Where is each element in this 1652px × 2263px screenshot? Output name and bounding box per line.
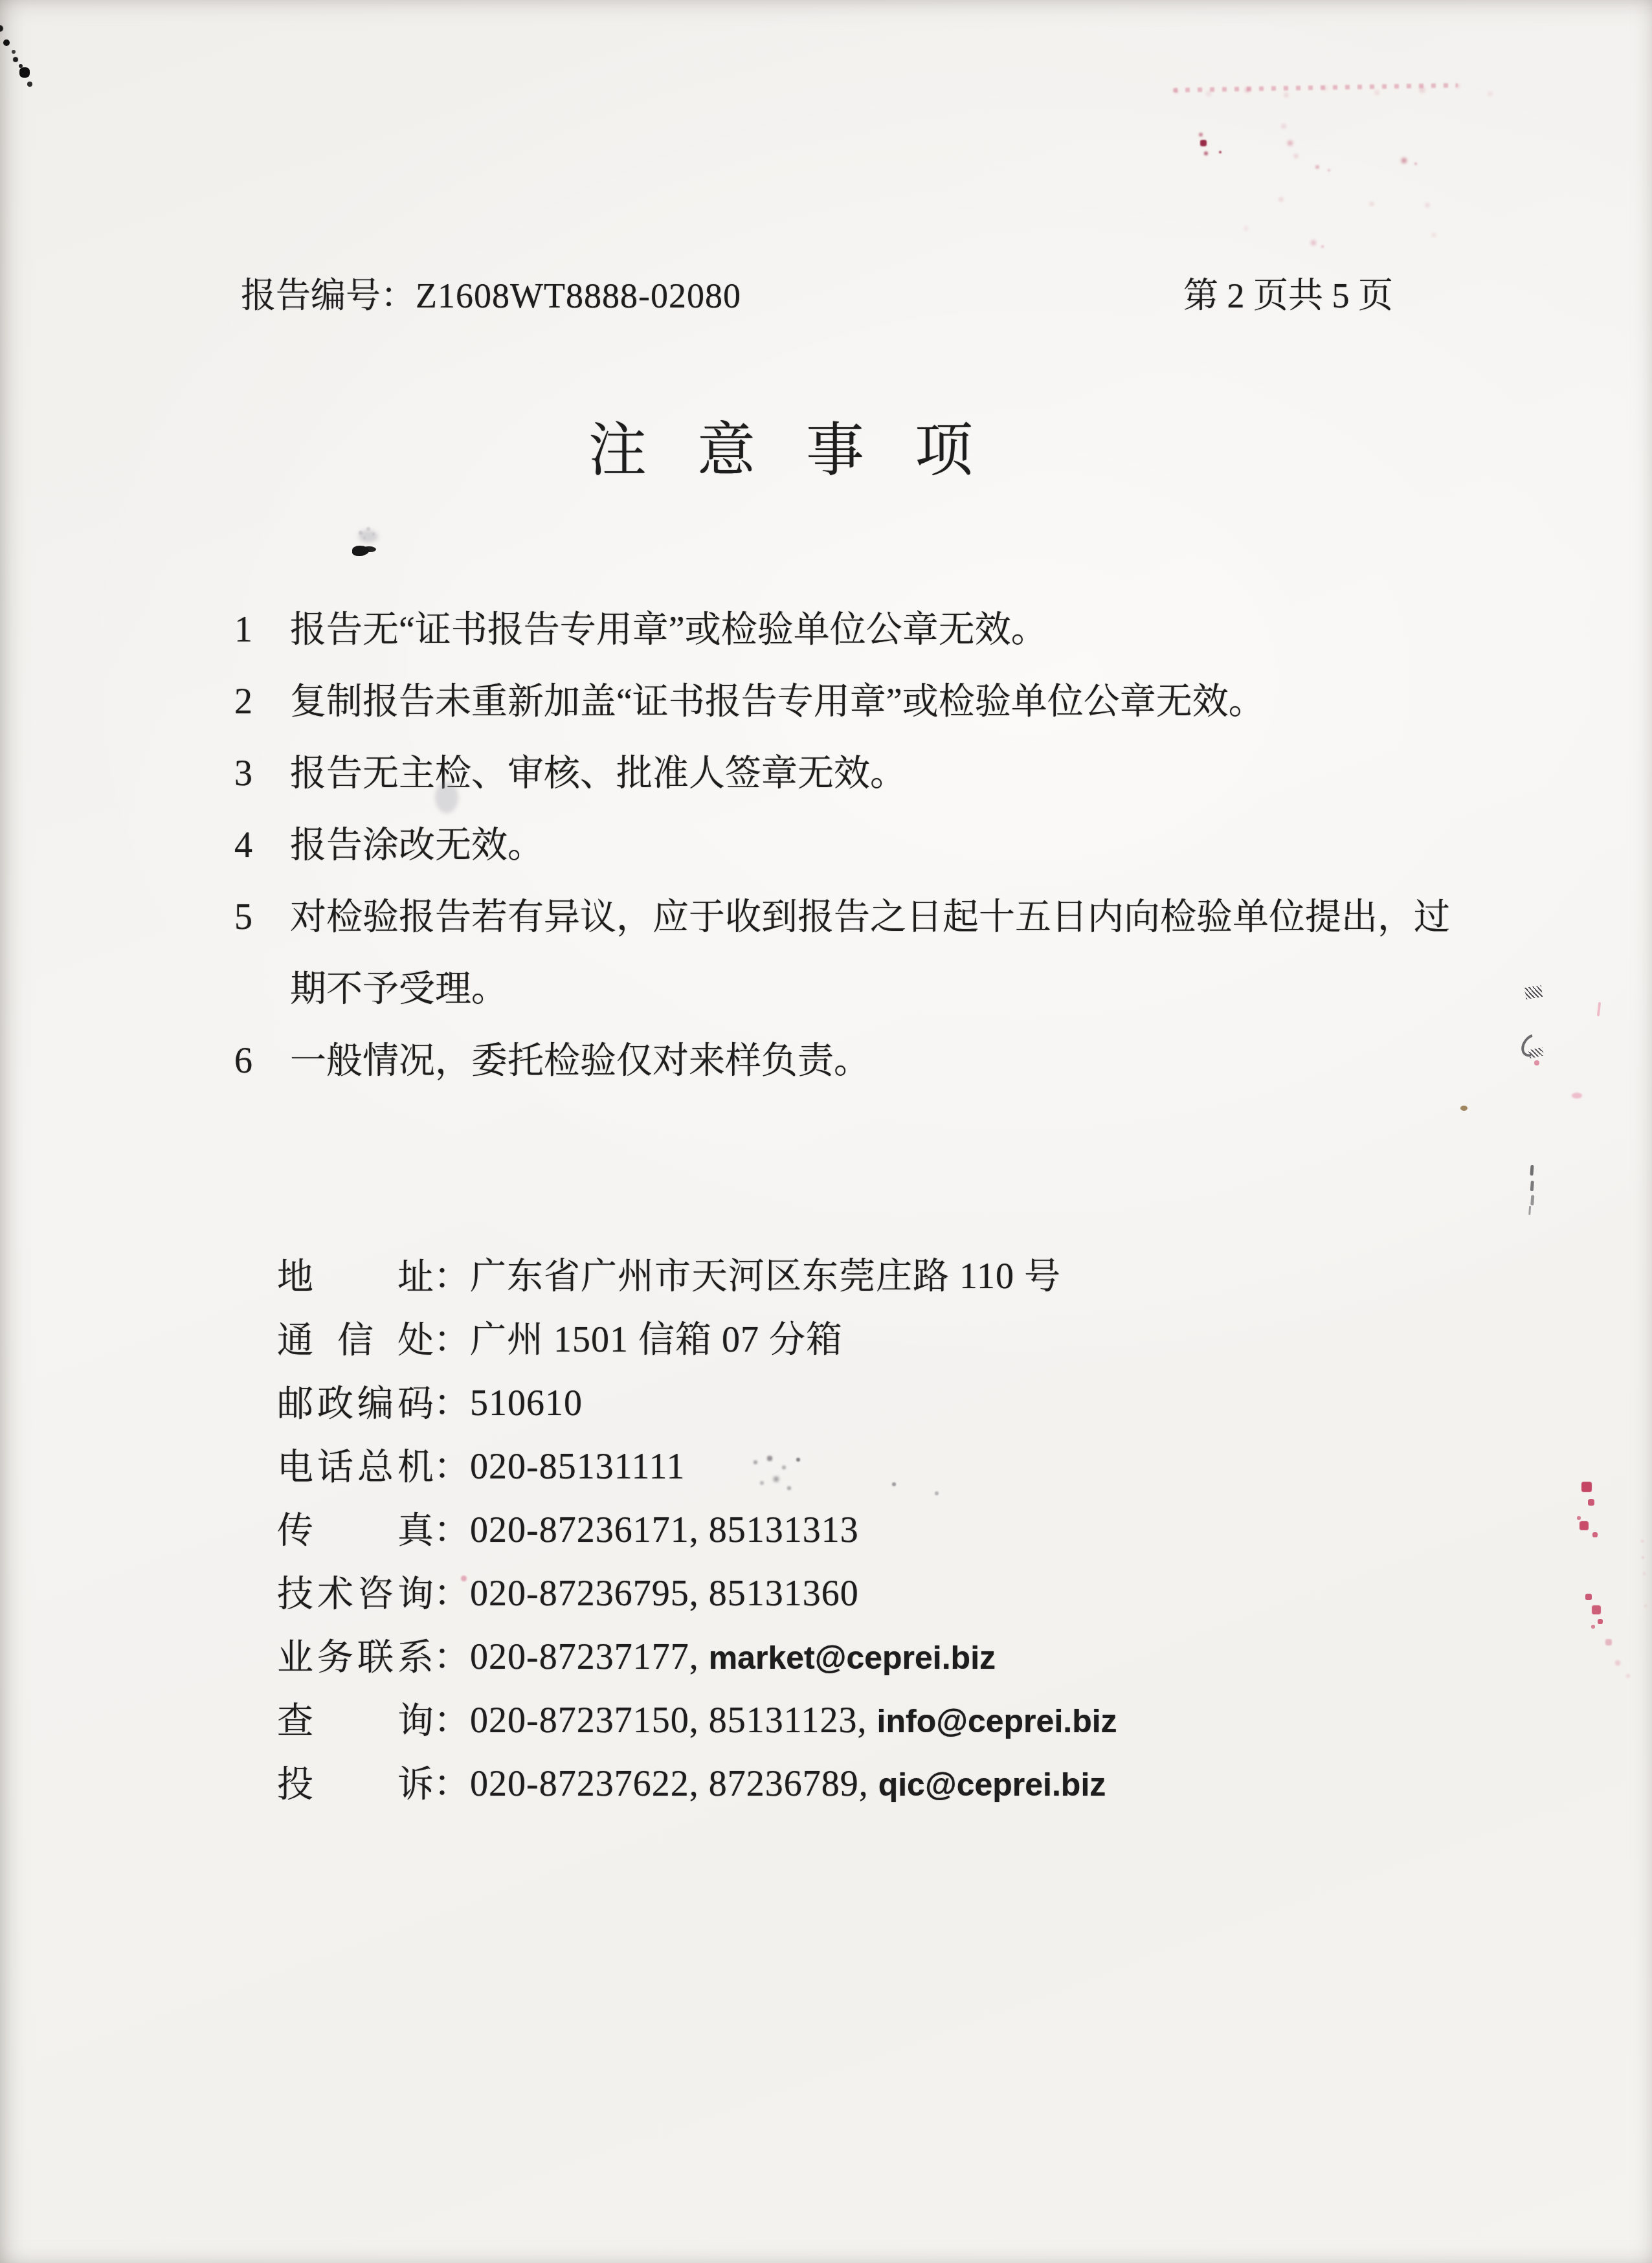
notice-item-text: 报告涂改无效。 <box>290 810 1465 882</box>
contact-row-switchboard: 电话总机：020-85131111 <box>277 1436 1117 1499</box>
contact-value: 广东省广州市天河区东莞庄路 110 号 <box>470 1256 1061 1297</box>
page-number-indicator: 第 2 页共 5 页 <box>1183 268 1393 318</box>
notice-item: 1 报告无“证书报告专用章”或检验单位公章无效。 <box>234 594 1468 666</box>
contact-email: market@ceprei.biz <box>709 1640 996 1676</box>
notice-item-number: 5 <box>234 882 252 953</box>
red-ink-blots-right <box>1579 1476 1581 1477</box>
contact-colon: ： <box>434 1245 470 1308</box>
contact-value: 020-87236171, 85131313 <box>470 1510 859 1550</box>
notice-item-text: 一般情况，委托检验仅对来样负责。 <box>290 1025 1465 1097</box>
notice-item-number: 4 <box>234 810 252 882</box>
contact-colon: ： <box>434 1499 470 1562</box>
contact-row-complaint: 投诉：020-87237622, 87236789, qic@ceprei.bi… <box>277 1753 1117 1816</box>
contact-label: 邮政编码 <box>277 1373 434 1436</box>
report-number-label: 报告编号： <box>241 276 416 315</box>
report-number-line: 报告编号：Z1608WT8888-02080 <box>241 268 741 318</box>
notice-item-text: 报告无“证书报告专用章”或检验单位公章无效。 <box>290 594 1465 666</box>
contact-colon: ： <box>434 1753 470 1816</box>
contact-label: 电话总机 <box>277 1436 434 1499</box>
contact-colon: ： <box>434 1626 470 1689</box>
contact-label: 通信处 <box>277 1310 434 1372</box>
grey-speckle <box>356 530 357 531</box>
pink-ink-dash <box>1597 1002 1601 1016</box>
stamp-residue-top-right <box>1163 72 1164 74</box>
notice-title: 注意事项 <box>0 403 1612 487</box>
pencil-hatch-mark <box>1528 1047 1544 1058</box>
notice-item-number: 6 <box>234 1025 252 1097</box>
notice-item: 2 复制报告未重新加盖“证书报告专用章”或检验单位公章无效。 <box>234 666 1468 738</box>
contact-label: 查询 <box>277 1690 434 1753</box>
contact-label: 投诉 <box>277 1754 434 1816</box>
notice-item-text: 复制报告未重新加盖“证书报告专用章”或检验单位公章无效。 <box>290 666 1465 738</box>
contact-colon: ： <box>434 1563 470 1625</box>
red-ink-dot <box>1534 1060 1539 1065</box>
contact-colon: ： <box>434 1436 470 1499</box>
contact-row-fax: 传真：020-87236171, 85131313 <box>277 1499 1117 1563</box>
contact-value: 020-87237177, <box>470 1637 709 1677</box>
notice-item-number: 1 <box>234 594 252 666</box>
notice-item: 3 报告无主检、审核、批准人签章无效。 <box>234 738 1468 810</box>
pink-ink-smudge <box>1572 1093 1582 1098</box>
stamp-residue-band <box>1173 83 1458 93</box>
contact-row-tech-consult: 技术咨询：020-87236795, 85131360 <box>277 1563 1117 1626</box>
contact-row-postcode: 邮政编码：510610 <box>277 1372 1117 1436</box>
ink-dot-below-title <box>352 546 369 555</box>
contact-label: 业务联系 <box>277 1627 434 1689</box>
contact-row-inquiry: 查询：020-87237150, 85131123, info@ceprei.b… <box>277 1689 1117 1753</box>
pencil-hatch-mark <box>1524 985 1543 999</box>
contact-value: 020-85131111 <box>470 1447 685 1487</box>
contact-label: 技术咨询 <box>277 1563 434 1626</box>
contact-label: 传真 <box>277 1500 434 1563</box>
contact-colon: ： <box>434 1372 470 1435</box>
scanned-report-page: 报告编号：Z1608WT8888-02080 第 2 页共 5 页 注意事项 1… <box>0 0 1652 2263</box>
notice-item: 4 报告涂改无效。 <box>234 810 1468 882</box>
contact-value: 020-87236795, 85131360 <box>470 1574 859 1614</box>
contact-email: qic@ceprei.biz <box>878 1767 1106 1803</box>
notice-item-text: 报告无主检、审核、批准人签章无效。 <box>290 738 1465 810</box>
contact-value: 020-87237150, 85131123, <box>470 1700 877 1741</box>
notice-item: 6 一般情况，委托检验仅对来样负责。 <box>234 1025 1468 1097</box>
notice-item-number: 3 <box>234 738 252 810</box>
notice-item-number: 2 <box>234 666 252 738</box>
contact-info-list: 地址：广东省广州市天河区东莞庄路 110 号 通信处：广州 1501 信箱 07… <box>277 1245 1117 1816</box>
pencil-dash-marks <box>1530 1165 1534 1176</box>
contact-value: 广州 1501 信箱 07 分箱 <box>470 1320 843 1360</box>
contact-email: info@ceprei.biz <box>877 1703 1117 1739</box>
contact-label: 地址 <box>277 1246 434 1309</box>
contact-row-business: 业务联系：020-87237177, market@ceprei.biz <box>277 1626 1117 1689</box>
contact-value: 020-87237622, 87236789, <box>470 1764 878 1804</box>
notice-item-text: 对检验报告若有异议，应于收到报告之日起十五日内向检验单位提出，过期不予受理。 <box>290 882 1465 1025</box>
brown-speck <box>1460 1106 1468 1111</box>
contact-row-address: 地址：广东省广州市天河区东莞庄路 110 号 <box>277 1245 1117 1309</box>
contact-row-mailbox: 通信处：广州 1501 信箱 07 分箱 <box>277 1309 1117 1372</box>
report-number-value: Z1608WT8888-02080 <box>416 276 741 315</box>
notice-list: 1 报告无“证书报告专用章”或检验单位公章无效。 2 复制报告未重新加盖“证书报… <box>234 594 1468 1097</box>
pencil-curl-mark <box>1517 1030 1546 1060</box>
contact-value: 510610 <box>470 1383 583 1423</box>
contact-colon: ： <box>434 1689 470 1752</box>
notice-item: 5 对检验报告若有异议，应于收到报告之日起十五日内向检验单位提出，过期不予受理。 <box>234 882 1468 1025</box>
contact-colon: ： <box>434 1309 470 1372</box>
